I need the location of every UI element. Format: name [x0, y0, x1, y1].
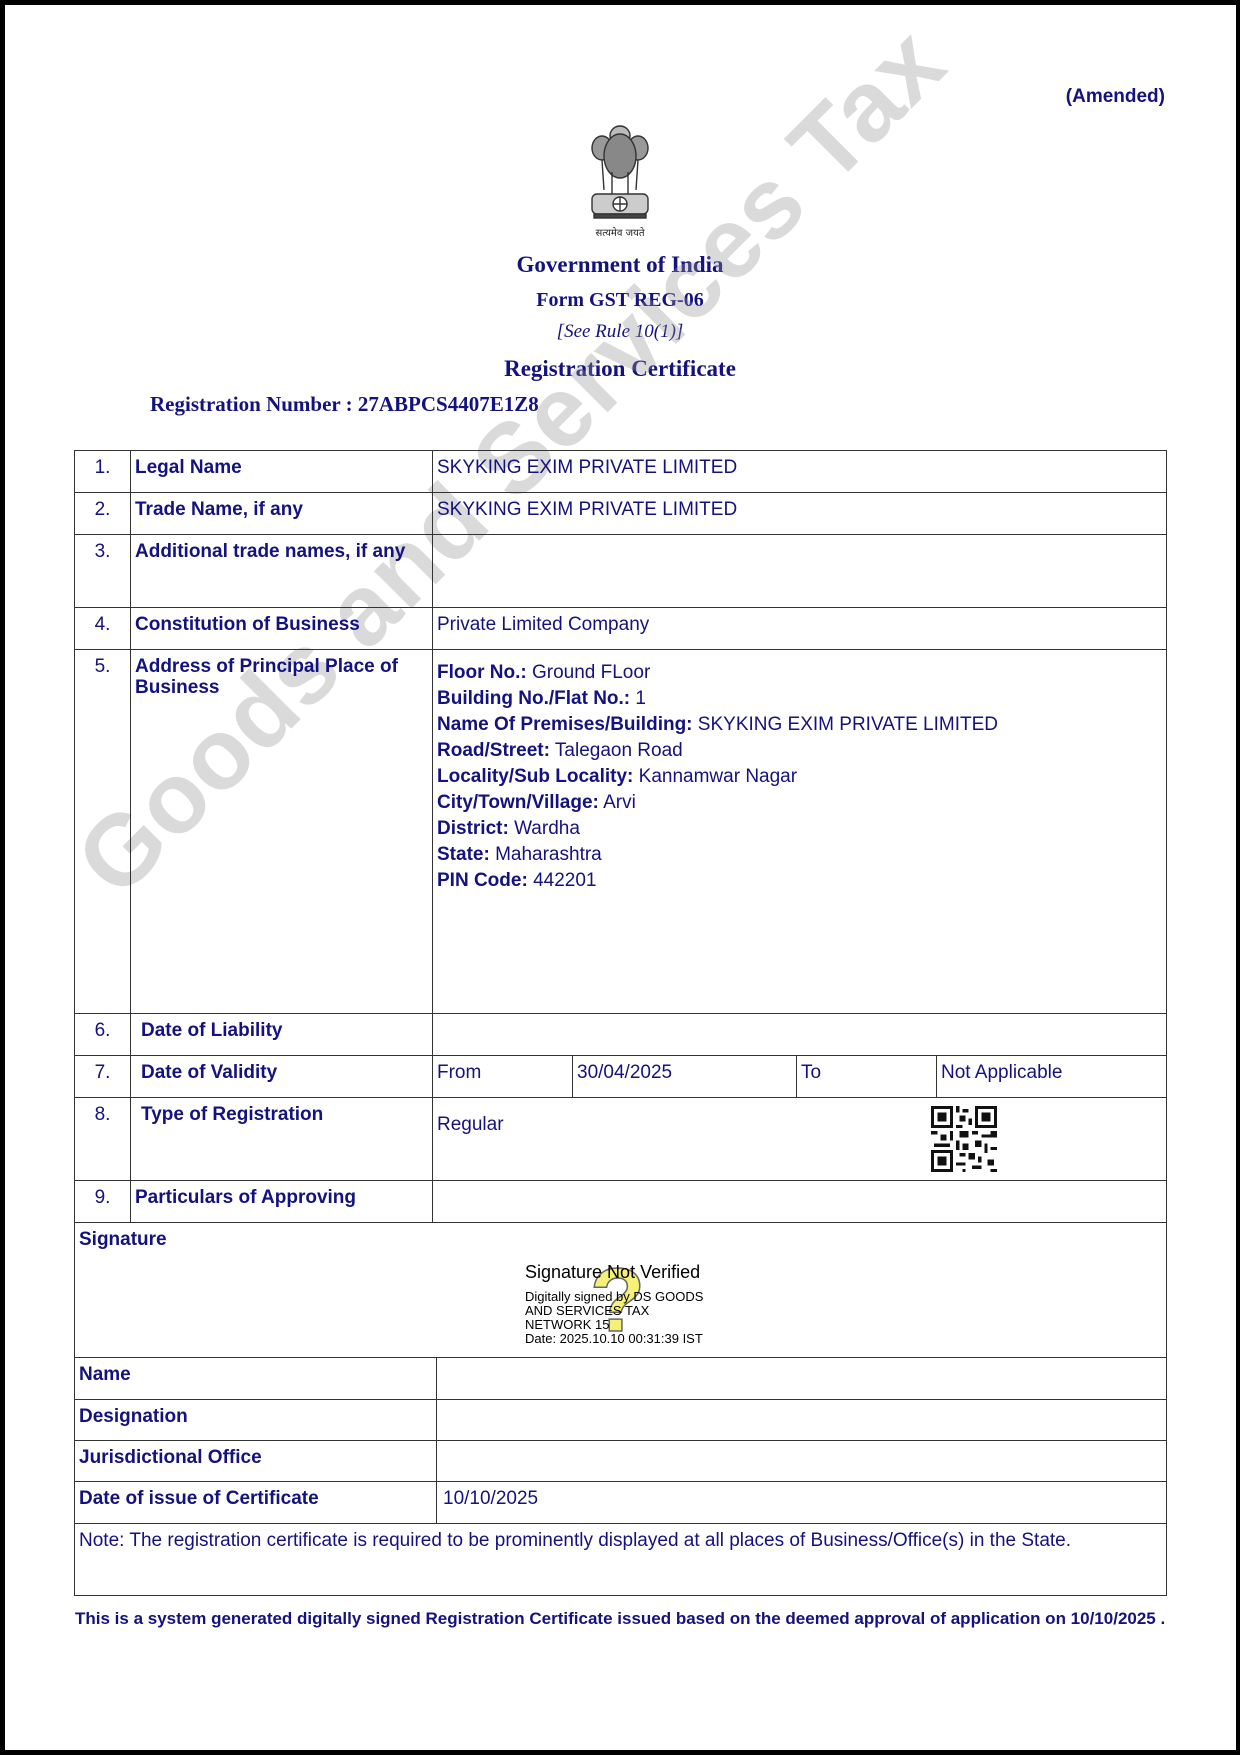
table-row: 3. Additional trade names, if any [75, 535, 1167, 608]
registration-number: Registration Number : 27ABPCS4407E1Z8 [150, 392, 539, 417]
form-heading: Form GST REG-06 [0, 289, 1240, 312]
address-floor: Floor No.: Ground FLoor [437, 660, 1162, 686]
address-label: Address of Principal Place of Business [131, 650, 433, 1014]
registration-number-label: Registration Number : [150, 392, 353, 416]
row-number: 6. [75, 1014, 131, 1056]
system-generated-footer: This is a system generated digitally sig… [75, 1604, 1175, 1634]
validity-to-value: Not Applicable [937, 1056, 1167, 1098]
table-row: 5. Address of Principal Place of Busines… [75, 650, 1167, 1014]
address-city: City/Town/Village: Arvi [437, 790, 1162, 816]
table-row: 9. Particulars of Approving [75, 1181, 1167, 1223]
address-road: Road/Street: Talegaon Road [437, 738, 1162, 764]
legal-name-value: SKYKING EXIM PRIVATE LIMITED [433, 451, 1167, 493]
registration-type-label: Type of Registration [131, 1098, 433, 1181]
registration-type-cell: Regular [433, 1098, 1167, 1181]
registration-number-value: 27ABPCS4407E1Z8 [358, 392, 539, 416]
row-number: 7. [75, 1056, 131, 1098]
digital-signature: ? Signature Not Verified Digitally signe… [525, 1262, 755, 1346]
svg-text:सत्यमेव जयते: सत्यमेव जयते [595, 227, 644, 239]
row-number: 2. [75, 493, 131, 535]
table-row: 8. Type of Registration Regular [75, 1098, 1167, 1181]
table-row: Date of issue of Certificate 10/10/2025 [75, 1482, 1167, 1524]
table-row: Designation [75, 1400, 1167, 1441]
date-of-liability-value [433, 1014, 1167, 1056]
display-note: Note: The registration certificate is re… [75, 1524, 1167, 1596]
address-state: State: Maharashtra [437, 842, 1162, 868]
table-row: Jurisdictional Office [75, 1441, 1167, 1482]
table-row: 6. Date of Liability [75, 1014, 1167, 1056]
constitution-label: Constitution of Business [131, 608, 433, 650]
address-building-no: Building No./Flat No.: 1 [437, 686, 1162, 712]
legal-name-label: Legal Name [131, 451, 433, 493]
table-row: Name [75, 1358, 1167, 1400]
jurisdictional-office-value [437, 1441, 1167, 1482]
qr-code-icon [931, 1106, 997, 1172]
row-number: 8. [75, 1098, 131, 1181]
signature-details: Digitally signed by DS GOODS AND SERVICE… [525, 1290, 755, 1346]
certificate-table: 1. Legal Name SKYKING EXIM PRIVATE LIMIT… [74, 450, 1167, 1358]
row-number: 4. [75, 608, 131, 650]
certificate-title: Registration Certificate [0, 356, 1240, 382]
government-heading: Government of India [0, 252, 1240, 278]
row-number: 1. [75, 451, 131, 493]
additional-trade-names-value [433, 535, 1167, 608]
row-number: 5. [75, 650, 131, 1014]
address-district: District: Wardha [437, 816, 1162, 842]
table-row: 4. Constitution of Business Private Limi… [75, 608, 1167, 650]
address-value: Floor No.: Ground FLoor Building No./Fla… [433, 650, 1167, 1014]
designation-value [437, 1400, 1167, 1441]
trade-name-value: SKYKING EXIM PRIVATE LIMITED [433, 493, 1167, 535]
constitution-value: Private Limited Company [433, 608, 1167, 650]
registration-type-value: Regular [437, 1114, 504, 1135]
trade-name-label: Trade Name, if any [131, 493, 433, 535]
table-row: 2. Trade Name, if any SKYKING EXIM PRIVA… [75, 493, 1167, 535]
rule-reference: [See Rule 10(1)] [0, 321, 1240, 343]
officer-table: Name Designation Jurisdictional Office D… [74, 1357, 1167, 1596]
address-pin: PIN Code: 442201 [437, 868, 1162, 894]
designation-label: Designation [75, 1400, 437, 1441]
date-of-validity-label: Date of Validity [131, 1056, 433, 1098]
row-number: 3. [75, 535, 131, 608]
address-locality: Locality/Sub Locality: Kannamwar Nagar [437, 764, 1162, 790]
approving-particulars-value [433, 1181, 1167, 1223]
jurisdictional-office-label: Jurisdictional Office [75, 1441, 437, 1482]
approving-particulars-label: Particulars of Approving [131, 1181, 433, 1223]
additional-trade-names-label: Additional trade names, if any [131, 535, 433, 608]
date-of-liability-label: Date of Liability [131, 1014, 433, 1056]
signature-status: Signature Not Verified [525, 1262, 755, 1283]
validity-from-label: From [433, 1056, 573, 1098]
address-premises: Name Of Premises/Building: SKYKING EXIM … [437, 712, 1162, 738]
officer-name-value [437, 1358, 1167, 1400]
signature-label: Signature [79, 1229, 167, 1250]
table-row: 7. Date of Validity From 30/04/2025 To N… [75, 1056, 1167, 1098]
officer-name-label: Name [75, 1358, 437, 1400]
row-number: 9. [75, 1181, 131, 1223]
amended-badge: (Amended) [1066, 86, 1165, 108]
issue-date-value: 10/10/2025 [437, 1482, 1167, 1524]
validity-to-label: To [797, 1056, 937, 1098]
validity-from-value: 30/04/2025 [573, 1056, 797, 1098]
issue-date-label: Date of issue of Certificate [75, 1482, 437, 1524]
table-row: 1. Legal Name SKYKING EXIM PRIVATE LIMIT… [75, 451, 1167, 493]
table-row: Note: The registration certificate is re… [75, 1524, 1167, 1596]
national-emblem-icon: सत्यमेव जयते [582, 122, 658, 240]
